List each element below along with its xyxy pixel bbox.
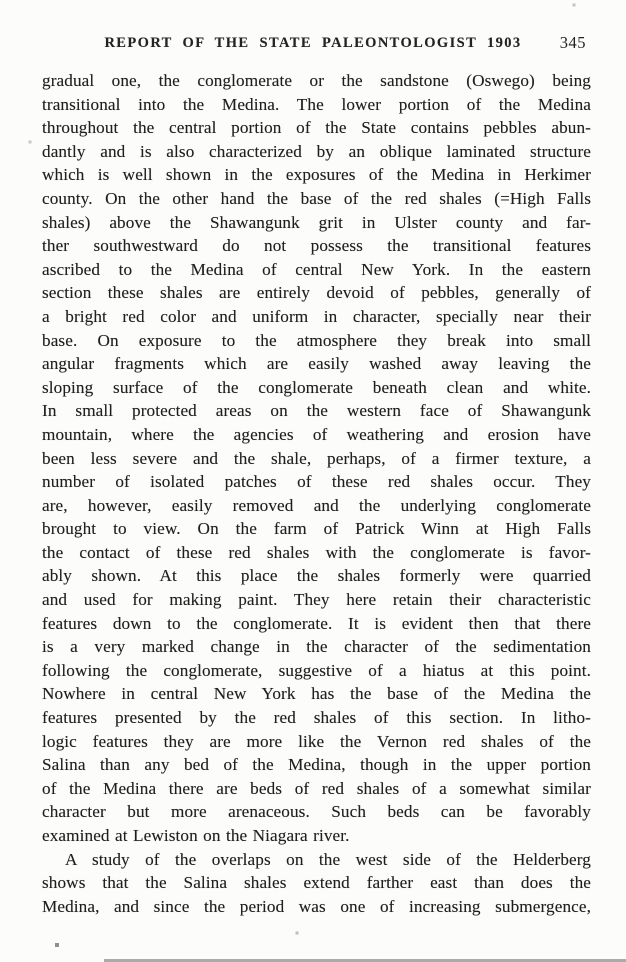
text-line: dantly and is also characterized by an o… — [42, 140, 591, 164]
text-line: Medina, and since the period was one of … — [42, 895, 591, 919]
body-text: gradual one, the conglomerate or the san… — [42, 69, 591, 918]
text-line: logic features they are more like the Ve… — [42, 730, 591, 754]
text-line: ascribed to the Medina of central New Yo… — [42, 258, 591, 282]
scan-specks — [0, 0, 2, 2]
text-line: number of isolated patches of these red … — [42, 470, 591, 494]
text-line: transitional into the Medina. The lower … — [42, 93, 591, 117]
text-line: shows that the Salina shales extend fart… — [42, 871, 591, 895]
text-line: ther southwestward do not possess the tr… — [42, 234, 591, 258]
text-line: Salina than any bed of the Medina, thoug… — [42, 753, 591, 777]
text-line: features presented by the red shales of … — [42, 706, 591, 730]
page-header-title: REPORT OF THE STATE PALEONTOLOGIST 1903 — [104, 35, 521, 51]
text-line: Nowhere in central New York has the base… — [42, 682, 591, 706]
text-line: are, however, easily removed and the und… — [42, 494, 591, 518]
text-line: character but more arenaceous. Such beds… — [42, 800, 591, 824]
text-line: In small protected areas on the western … — [42, 399, 591, 423]
text-line: brought to view. On the farm of Patrick … — [42, 517, 591, 541]
text-line: section these shales are entirely devoid… — [42, 281, 591, 305]
text-line: sloping surface of the conglomerate bene… — [42, 376, 591, 400]
running-head: REPORT OF THE STATE PALEONTOLOGIST 1903 … — [0, 34, 626, 52]
text-line: the contact of these red shales with the… — [42, 541, 591, 565]
text-line: is a very marked change in the character… — [42, 635, 591, 659]
text-line: been less severe and the shale, perhaps,… — [42, 447, 591, 471]
page-number: 345 — [560, 33, 586, 53]
text-line: following the conglomerate, suggestive o… — [42, 659, 591, 683]
text-line: angular fragments which are easily washe… — [42, 352, 591, 376]
book-page: REPORT OF THE STATE PALEONTOLOGIST 1903 … — [0, 0, 626, 962]
text-line: examined at Lewiston on the Niagara rive… — [42, 824, 591, 848]
text-line: throughout the central portion of the St… — [42, 116, 591, 140]
text-line: gradual one, the conglomerate or the san… — [42, 69, 591, 93]
text-line: which is well shown in the exposures of … — [42, 163, 591, 187]
text-line: county. On the other hand the base of th… — [42, 187, 591, 211]
text-line: a bright red color and uniform in charac… — [42, 305, 591, 329]
text-line: shales) above the Shawangunk grit in Uls… — [42, 211, 591, 235]
text-line: A study of the overlaps on the west side… — [42, 848, 591, 872]
text-line: base. On exposure to the atmosphere they… — [42, 329, 591, 353]
text-line: ably shown. At this place the shales for… — [42, 564, 591, 588]
text-line: and used for making paint. They here ret… — [42, 588, 591, 612]
text-line: features down to the conglomerate. It is… — [42, 612, 591, 636]
text-line: mountain, where the agencies of weatheri… — [42, 423, 591, 447]
text-line: of the Medina there are beds of red shal… — [42, 777, 591, 801]
